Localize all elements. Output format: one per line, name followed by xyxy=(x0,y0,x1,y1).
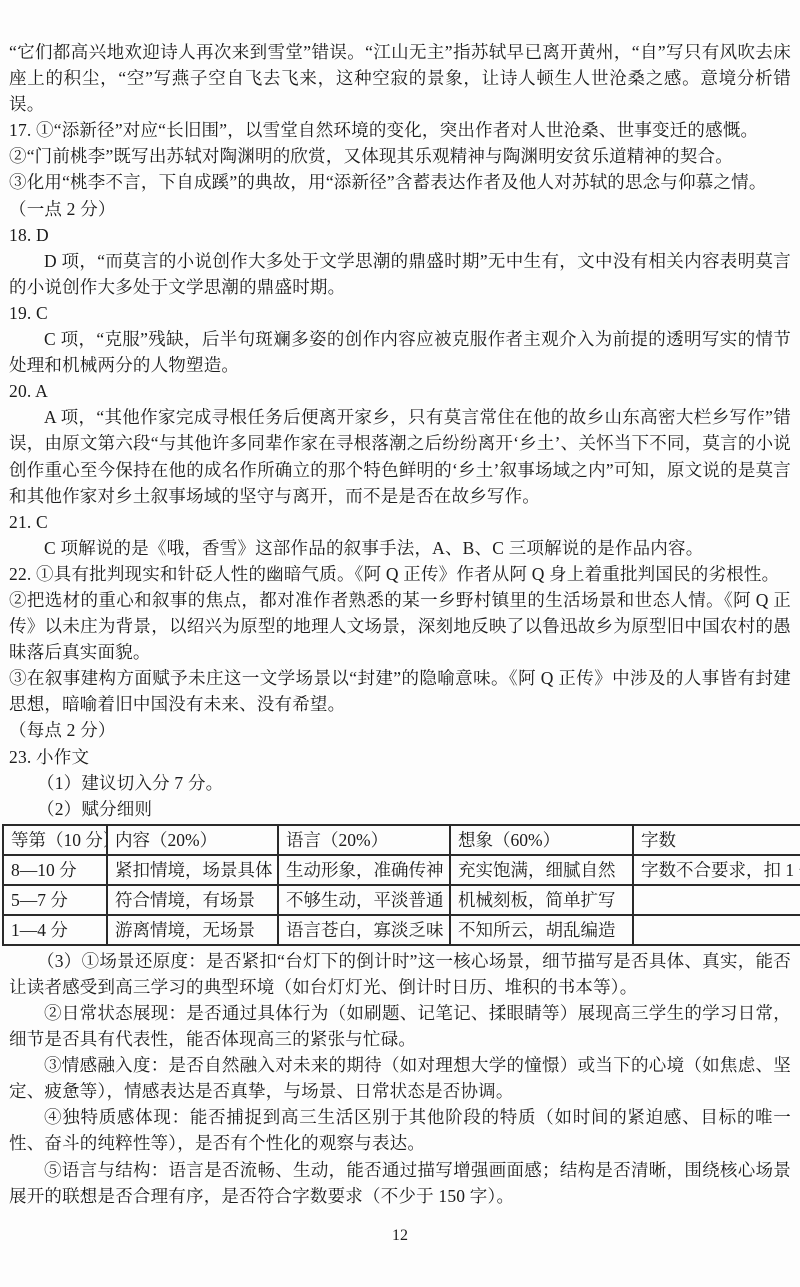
answer-23-criterion-5: ⑤语言与结构：语言是否流畅、生动，能否通过描写增强画面感；结构是否清晰，围绕核心… xyxy=(9,1157,791,1209)
rubric-cell xyxy=(633,915,800,945)
answer-22-scoring-note: （每点 2 分） xyxy=(9,717,791,743)
answer-17-point-2: ②“门前桃李”既写出苏轼对陶渊明的欣赏，又体现其乐观精神与陶渊明安贫乐道精神的契… xyxy=(9,143,791,169)
rubric-header-row: 等第（10 分） 内容（20%） 语言（20%） 想象（60%） 字数 xyxy=(3,825,800,855)
rubric-cell: 语言苍白，寡淡乏味 xyxy=(278,915,450,945)
answer-20-explanation: A 项，“其他作家完成寻根任务后便离开家乡，只有莫言常住在他的故乡山东高密大栏乡… xyxy=(9,404,791,508)
scoring-rubric-table: 等第（10 分） 内容（20%） 语言（20%） 想象（60%） 字数 8—10… xyxy=(2,824,800,946)
rubric-row-5-7: 5—7 分 符合情境，有场景 不够生动，平淡普通 机械刻板，简单扩写 xyxy=(3,885,800,915)
page-content: “它们都高兴地欢迎诗人再次来到雪堂”错误。“江山无主”指苏轼早已离开黄州，“自”… xyxy=(0,0,800,1209)
rubric-header-imagination: 想象（60%） xyxy=(450,825,633,855)
answer-23-criterion-1: （3）①场景还原度：是否紧扣“台灯下的倒计时”这一核心场景，细节描写是否具体、真… xyxy=(9,948,791,1000)
answer-23-heading: 23. 小作文 xyxy=(9,744,791,770)
answer-19: 19. C xyxy=(9,300,791,326)
rubric-cell: 5—7 分 xyxy=(3,885,107,915)
rubric-cell: 符合情境，有场景 xyxy=(107,885,278,915)
rubric-cell: 机械刻板，简单扩写 xyxy=(450,885,633,915)
answer-23-sub-2: （2）赋分细则 xyxy=(9,796,791,822)
rubric-header-content: 内容（20%） xyxy=(107,825,278,855)
answer-17-point-3: ③化用“桃李不言，下自成蹊”的典故，用“添新径”含蓄表达作者及他人对苏轼的思念与… xyxy=(9,169,791,195)
answer-20: 20. A xyxy=(9,378,791,404)
answer-22-point-2: ②把选材的重心和叙事的焦点，都对准作者熟悉的某一乡野村镇里的生活场景和世态人情。… xyxy=(9,587,791,665)
answer-key-page: “它们都高兴地欢迎诗人再次来到雪堂”错误。“江山无主”指苏轼早已离开黄州，“自”… xyxy=(0,0,800,1287)
rubric-cell: 不够生动，平淡普通 xyxy=(278,885,450,915)
paragraph-16-analysis-continued: “它们都高兴地欢迎诗人再次来到雪堂”错误。“江山无主”指苏轼早已离开黄州，“自”… xyxy=(9,39,791,117)
answer-22-point-3: ③在叙事建构方面赋予未庄这一文学场景以“封建”的隐喻意味。《阿 Q 正传》中涉及… xyxy=(9,665,791,717)
rubric-cell: 紧扣情境，场景具体 xyxy=(107,855,278,885)
rubric-header-wordcount: 字数 xyxy=(633,825,800,855)
rubric-header-grade: 等第（10 分） xyxy=(3,825,107,855)
rubric-cell: 游离情境，无场景 xyxy=(107,915,278,945)
rubric-cell: 充实饱满，细腻自然 xyxy=(450,855,633,885)
rubric-cell: 生动形象，准确传神 xyxy=(278,855,450,885)
rubric-cell: 字数不合要求，扣 1 分 xyxy=(633,855,800,885)
answer-23-sub-1: （1）建议切入分 7 分。 xyxy=(9,770,791,796)
rubric-cell: 不知所云，胡乱编造 xyxy=(450,915,633,945)
answer-18: 18. D xyxy=(9,222,791,248)
answer-23-criterion-3: ③情感融入度：是否自然融入对未来的期待（如对理想大学的憧憬）或当下的心境（如焦虑… xyxy=(9,1052,791,1104)
answer-22-point-1: 22. ①具有批判现实和针砭人性的幽暗气质。《阿 Q 正传》作者从阿 Q 身上着… xyxy=(9,561,791,587)
answer-19-explanation: C 项，“克服”残缺，后半句斑斓多姿的创作内容应被克服作者主观介入为前提的透明写… xyxy=(9,326,791,378)
answer-17-scoring-note: （一点 2 分） xyxy=(9,196,791,222)
rubric-cell: 1—4 分 xyxy=(3,915,107,945)
answer-23-criterion-4: ④独特质感体现：能否捕捉到高三生活区别于其他阶段的特质（如时间的紧迫感、目标的唯… xyxy=(9,1104,791,1156)
page-number: 12 xyxy=(0,1227,800,1245)
rubric-row-1-4: 1—4 分 游离情境，无场景 语言苍白，寡淡乏味 不知所云，胡乱编造 xyxy=(3,915,800,945)
answer-21-explanation: C 项解说的是《哦，香雪》这部作品的叙事手法，A、B、C 三项解说的是作品内容。 xyxy=(9,535,791,561)
rubric-cell xyxy=(633,885,800,915)
answer-18-explanation: D 项，“而莫言的小说创作大多处于文学思潮的鼎盛时期”无中生有，文中没有相关内容… xyxy=(9,248,791,300)
rubric-cell: 8—10 分 xyxy=(3,855,107,885)
rubric-row-8-10: 8—10 分 紧扣情境，场景具体 生动形象，准确传神 充实饱满，细腻自然 字数不… xyxy=(3,855,800,885)
rubric-header-language: 语言（20%） xyxy=(278,825,450,855)
answer-23-criterion-2: ②日常状态展现：是否通过具体行为（如刷题、记笔记、揉眼睛等）展现高三学生的学习日… xyxy=(9,1000,791,1052)
answer-21: 21. C xyxy=(9,509,791,535)
answer-17-point-1: 17. ①“添新径”对应“长旧围”，以雪堂自然环境的变化，突出作者对人世沧桑、世… xyxy=(9,117,791,143)
